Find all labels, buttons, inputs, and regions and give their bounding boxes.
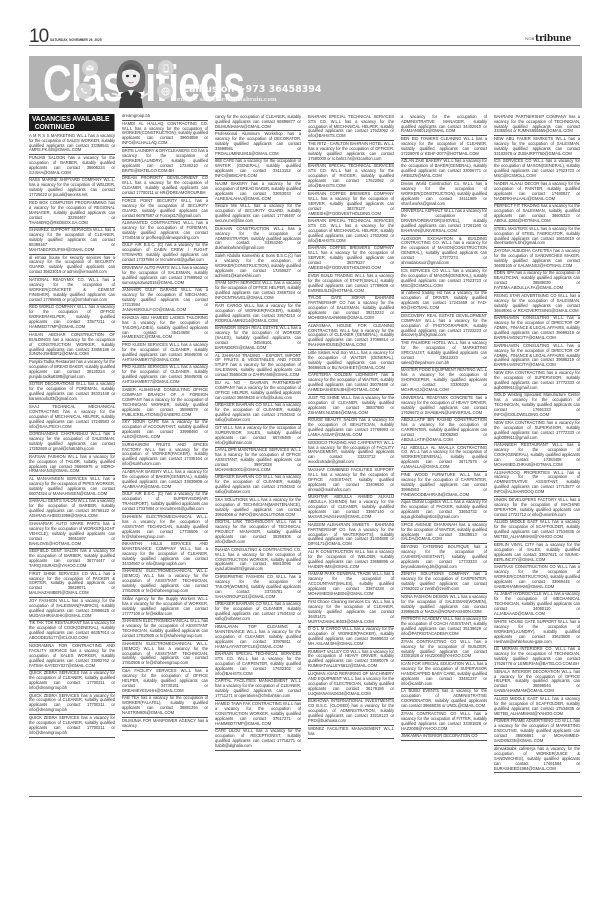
classified-ad: BARINDER SINGH REAL ESTATE W.L.L has a v… bbox=[215, 326, 301, 353]
classified-ad: SHAHEEN ELECTROMECHANICAL W.L.L. (SEMCO)… bbox=[122, 641, 208, 668]
classified-ad: cancy for the occupation of CLEANER, sui… bbox=[215, 114, 301, 131]
classified-ad: BUKHOWA INTERNATIONAL INVESTMENTS CO B.S… bbox=[308, 699, 394, 726]
classified-ad: a vacancy for the occupation of ADMINIST… bbox=[401, 114, 487, 136]
classified-ad: BARRHAVEN CONSULTING W.L.L has a vacancy… bbox=[494, 343, 580, 370]
classified-ad: al naheed trading est has a vacancy for … bbox=[401, 291, 487, 313]
classified-ad: PINE WOOD FURNITURE W.L.L has a vacancy … bbox=[401, 472, 487, 499]
classified-ad: RAFSAN FASHION W.L.L has a vacancy for t… bbox=[29, 454, 115, 476]
classified-ad: UNION DEVELOPERS FACTORY W.L.L has a vac… bbox=[494, 497, 580, 519]
classified-ad: HANANEEH RESTAURANT W.L.L has a vacancy … bbox=[494, 443, 580, 470]
classified-ad: JANAHER GULF GARAGE W.L.L has a vacancy … bbox=[122, 288, 208, 315]
classified-ad: BAHRAIN SPECIAL TECHNICAL SERVICES STS C… bbox=[215, 652, 301, 679]
classified-ad: WHITE HOUSE GATE SUPPORT W.L.L has a vac… bbox=[494, 619, 580, 646]
classified-ad: AZLAN ZAKI BAKERY W.L.L has a vacancy fo… bbox=[401, 159, 487, 181]
classified-ad: AL ZAHRANI TRADING - EXPORT, IMPORT OF F… bbox=[215, 353, 301, 380]
classified-ad: Professional Aluminum Workshop has a vac… bbox=[215, 131, 301, 158]
brand-name: tribune bbox=[535, 34, 571, 44]
ad-continuation: dreamgroup.bh bbox=[122, 114, 208, 121]
classified-ad: ALSHAROOQ PROPERTIES W.L.L has a vacancy… bbox=[494, 470, 580, 497]
ad-list: HAMDI AL HALLAQ CONTRACTING CO. W.L.L ha… bbox=[122, 121, 208, 731]
classified-ad: WOODCO TRADING AND CARPENTRY W.L.L has a… bbox=[308, 440, 394, 467]
column-4: BAHRAIN SPECIAL TECHNICAL SERVICES STS C… bbox=[308, 114, 394, 794]
mobile-icon bbox=[158, 60, 174, 76]
classified-ad: ALLIED MIDDLE EAST W.L.L has a vacancy f… bbox=[494, 696, 580, 718]
classified-ad: CAFETERIA GOLDEN LIGHNIGHT has a vacancy… bbox=[308, 373, 394, 395]
classified-ad: ICS SERVICES CO W.L.L has a vacancy for … bbox=[494, 159, 580, 181]
classified-ad: LAYAL DPE MAINTENANCE SERVICES W.L.L has… bbox=[215, 448, 301, 475]
classified-ad: ROUGE BEAUTY SALON has a vacancy for the… bbox=[308, 418, 394, 440]
classified-ad: SAMAALI GENTS SALON W.L.L has a vacancy … bbox=[29, 499, 115, 521]
classified-ad: DISCOVERY REAL ESTATE DEVELOPMENT COMPAN… bbox=[401, 313, 487, 340]
classified-ad: TIK TAK TOK RESTAURANT has a vacancy for… bbox=[29, 621, 115, 643]
classified-ad: First Choice Cleaning Services Co. W.L.L… bbox=[308, 599, 394, 626]
contact-phone: Call us on +973 36458394 bbox=[182, 84, 322, 95]
classified-ad: BARRHAVEN CONSULTING W.L.L has a vacancy… bbox=[494, 316, 580, 343]
classified-ad: BAHRAIN SPECIAL TECHNICAL SERVICES STS C… bbox=[308, 114, 394, 141]
classified-ad: BAHRAIN COFFEE BREWERS COMPANY W.L.L has… bbox=[308, 191, 394, 218]
classified-ad: TYLOS GATE SOFAR BAHRAINI PARTNERSHIP CO… bbox=[308, 296, 394, 323]
classified-ad: SOTER DECORATIONS W.L.L has a vacancy fo… bbox=[29, 382, 115, 404]
classified-ad: ALWASMAA HOUSE FOR CLEANING CONTRACTING … bbox=[308, 323, 394, 350]
classified-ad: FAB TEA has a vacancy for the occupation… bbox=[122, 696, 208, 718]
classified-ad: GOLD Welding Specialist Manufacture Cent… bbox=[494, 393, 580, 420]
classified-ad: Aqua Global Logistics W.L.L has a vacanc… bbox=[401, 500, 487, 522]
classified-ad: CAPITAL FACILITIES MANAGEMENT W.L.L has … bbox=[215, 679, 301, 701]
classified-ad: SABER ALSHEHAB CONSULTING OFFICE COMPANY… bbox=[122, 387, 208, 419]
classified-ad: SHAHEEN ELECTROMECHANICAL W.L.L. has a v… bbox=[122, 514, 208, 541]
classified-ad: HAMAM PARK GENERAL TRADE W.L.L has a vac… bbox=[308, 572, 394, 599]
classified-ad: PRO KLEEN SERVICES W.L.L has a vacancy f… bbox=[122, 365, 208, 387]
classified-ad: FIRST SHINE SERVICES CO W.L.L has a vaca… bbox=[29, 571, 115, 598]
classified-ad: RUMMAT VALLEY CO W.L.L has a vacancy for… bbox=[308, 649, 394, 671]
classified-ad: UNIVERSAL ASPHALT W.L.L has a vacancy fo… bbox=[401, 209, 487, 236]
brand-prefix: NOB bbox=[525, 36, 534, 41]
column-3: cancy for the occupation of CLEANER, sui… bbox=[215, 114, 301, 794]
classified-ad: HASAN ABGHAR CONSTRUCTION OF BUILDINGS h… bbox=[29, 332, 115, 359]
classified-ad: SKA SOLUTIONS W.L.L has a vacancy for th… bbox=[215, 497, 301, 519]
ad-list: A M R S S MARKETING W.L.L has a vacancy … bbox=[29, 133, 115, 738]
classified-ad: SURKHUROM FRUITS AND SPICES FACTORY W.L.… bbox=[122, 442, 208, 469]
classified-ad: THE RITZ - CARLTON BAHRAIN HOTEL W.L.L h… bbox=[308, 141, 394, 163]
classified-ad: ICS SERVICES CO W.L.L has a vacancy for … bbox=[401, 268, 487, 290]
classified-ad: ZIYAN CONTRACTING CO W.L.L has a vacancy… bbox=[401, 711, 487, 733]
classified-ad: INKANTAN HILLS SERVICES AND MAINTENANCE … bbox=[122, 541, 208, 568]
classified-ad: JUST TO SHINE W.L.L has a vacancy for th… bbox=[308, 395, 394, 417]
classified-ad: RAFI CARGO W.L.L has a vacancy for the o… bbox=[215, 303, 301, 325]
classified-ad: QUICK ZEBRA SERVICES has a vacancy for t… bbox=[29, 715, 115, 737]
classified-ad: SHAHEEN ELECTROMECHANICAL W.L.L. (SEMCO)… bbox=[122, 569, 208, 596]
classified-ad: PERFECT FIT TRADING has a vacancy for th… bbox=[494, 204, 580, 226]
column-1: VACANCIES AVAILABLE CONTINUED A M R S S … bbox=[29, 114, 115, 794]
section-heading-line2: CONTINUED bbox=[32, 123, 112, 131]
classified-ad: PATRIOTS ACADEMY W.L.L has a vacancy for… bbox=[401, 617, 487, 639]
classified-ad: BAHRAIN SPECIAL TECHNICAL SERVICES STS C… bbox=[308, 164, 394, 191]
classified-ad: HAMDI AL HALLAQ CONTRACTING CO. W.L.L ha… bbox=[122, 121, 208, 148]
bottom-rule bbox=[29, 796, 582, 797]
classified-ad: WIDNEZ FACILITIES MANAGEMENT W.L.L has bbox=[308, 726, 394, 739]
classified-ad: BRITE LAUNDRY & DRYCLEANERS CO has a vac… bbox=[122, 148, 208, 175]
classified-ad: URBASER BAHRAIN CO W.L.L has a vacancy f… bbox=[215, 602, 301, 624]
classified-ad: NATIONAL READYMIX CO. W.L.L has a vacanc… bbox=[29, 277, 115, 304]
classified-ad: DRIVEWAY AUTO PARTS W.L.L has a vacancy … bbox=[122, 265, 208, 287]
classified-ad: NONA FASHION DESIGN W.L.L has a vacancy … bbox=[401, 594, 487, 616]
classified-ad: CAFE LILOU W.L.L has a vacancy for the o… bbox=[215, 729, 301, 751]
classified-ad: A M R S S MARKETING W.L.L has a vacancy … bbox=[29, 133, 115, 155]
section-heading: VACANCIES AVAILABLE CONTINUED bbox=[29, 114, 115, 131]
classified-ad: NASEEM ALBAHRAIN SWEETS - BAHRAINI PARTN… bbox=[308, 522, 394, 549]
classified-ad: SYAM NATH SERVICES W.L.L has a vacancy f… bbox=[215, 281, 301, 303]
classified-ad: HAMED TAWA FAK CONTRACTING W.L.L has a v… bbox=[215, 701, 301, 728]
classified-ad: BEYOND CATERING BOUTIQUE has a vacancy f… bbox=[401, 544, 487, 571]
classified-ad: SHAHARIAR AUTO SPARE PARTS has a vacancy… bbox=[29, 521, 115, 548]
classified-ad: NEW ERA CONTRACTING has a vacancy for th… bbox=[494, 420, 580, 442]
phone-icon bbox=[76, 83, 92, 99]
classified-ad: ZAYONA ALBUDHA CAFETRIA has a vacancy fo… bbox=[494, 248, 580, 270]
classified-ad: Little Sisters And Son W.L.L has a vacan… bbox=[308, 350, 394, 372]
classified-ad: CHRISPMITHE FASHION CO W.L.L has a vacan… bbox=[215, 574, 301, 601]
classified-ad: GULF AIR B.S.C. (C) has a vacancy for th… bbox=[122, 492, 208, 514]
classified-ad: UNIVERSAL READYMIX CONCRETE has a vacanc… bbox=[401, 395, 487, 417]
brand-logo: NOBtribune bbox=[525, 34, 571, 44]
classified-ad: ALIMVANTED CONTRACTING W.L.L has a vacan… bbox=[122, 220, 208, 242]
classified-ad: Dream World Construction Co. W.L.L has a… bbox=[401, 181, 487, 208]
classified-ad: NOORAMINA FOR CONTRACTING AND FACILITY S… bbox=[29, 643, 115, 670]
classified-ad: POWER FRAME ADVERTISING CO W.L.L has a v… bbox=[494, 719, 580, 746]
classified-ad: Skillar Agency for the Supply Workers W.… bbox=[122, 596, 208, 618]
classified-ad: JOY FASHION W.L.L has a vacancy for the … bbox=[29, 598, 115, 620]
classified-ad: PRO KLEEN SERVICES W.L.L has a vacancy f… bbox=[122, 342, 208, 364]
contact-email: email : advt@newsofbahrain.com bbox=[177, 97, 277, 103]
classified-ad: RISING STAR ADVERTISING CO W.L.L has a v… bbox=[494, 293, 580, 315]
classified-ad: DREAM PROPERTY DEVELOPMENT CO W.L.L has … bbox=[122, 176, 208, 198]
page-header: 10 SATURDAY, NOVEMBER 29, 2025 bbox=[29, 26, 281, 46]
classified-ad: BAHRAINI PARTNERSHIP COMPANY has a vacan… bbox=[494, 114, 580, 136]
column-6: BAHRAINI PARTNERSHIP COMPANY has a vacan… bbox=[494, 114, 580, 794]
classified-ad: ZENITH SOLUTIONS COMPANY has a vacancy f… bbox=[401, 572, 487, 594]
classified-ad: EDEN SPA has a vacancy for the occupatio… bbox=[494, 271, 580, 293]
classified-ad: GIT W.L.L has a vacancy for the occupati… bbox=[215, 425, 301, 447]
classified-ad: ALABRAAR BAKERY W.L.L has a vacancy for … bbox=[122, 469, 208, 491]
classified-ad: SAAJ TECHNICAL MECHANICAL CONTRACTING ha… bbox=[29, 404, 115, 431]
classified-ad: ALOSOOR EXCAVATION & BUILDING CONTRACTIN… bbox=[401, 236, 487, 268]
classifieds-banner: Classifieds Call us on +973 36458394 ema… bbox=[29, 56, 582, 108]
classified-ad: MUKHTAR ABDULLA AHMED ALKALIJ ABDULLA (C… bbox=[308, 495, 394, 522]
classified-ad: JIMKAMNA INTERIOR DECORATION CO bbox=[401, 734, 487, 742]
ad-list: cancy for the occupation of CLEANER, sui… bbox=[215, 114, 301, 751]
classified-ad: NEW ERA CONTRACTING has a vacancy for th… bbox=[494, 370, 580, 392]
classified-ad: STEEL MASTERS W.L.L has a vacancy for th… bbox=[494, 226, 580, 248]
classifieds-columns: VACANCIES AVAILABLE CONTINUED A M R S S … bbox=[29, 114, 582, 894]
operator-avatar bbox=[109, 56, 153, 108]
classified-ad: NASS MARINE SHIPYARD COMPANY W.L.L. has … bbox=[29, 178, 115, 200]
classified-ad: Secure Me W.L.L has a vacancy for the oc… bbox=[215, 204, 301, 226]
classified-ad: SHAMREZ SUPPORT SERVICES W.L.L has a vac… bbox=[29, 228, 115, 255]
classified-ad: RED WORLD COMPANY W.L.L has a vacancy fo… bbox=[29, 305, 115, 332]
classified-ad: URBASER BAHRAIN CO W.L.L has a vacancy f… bbox=[215, 475, 301, 497]
classified-ad: SEEFIELD GENT SALON has a vacancy for th… bbox=[29, 549, 115, 571]
classified-ad: AL JABAT HYDROCYCLE W.L.L has a vacancy … bbox=[494, 592, 580, 619]
classified-ad: D O L M CARGO W.L.L has a vacancy for th… bbox=[308, 627, 394, 649]
classified-ad: NADER ALAALI DECOR has a vacancy for the… bbox=[494, 181, 580, 203]
classified-ad: BEN EID TOWERS CLEANING W.L.L has a vaca… bbox=[401, 136, 487, 158]
classified-ad: GORDHANDAS CHATRABHUJ W.L.L has a vacanc… bbox=[29, 432, 115, 454]
classified-ad: SHAHEEN ELECTROMECHANICAL W.L.L has a va… bbox=[122, 619, 208, 641]
classified-ad: LE MERIAN INTERIORS CO. W.L.L has a vaca… bbox=[494, 647, 580, 669]
globe-icon bbox=[157, 83, 173, 99]
classified-ad: KHADIJA ABU HAMEED LADIES TAILORING has … bbox=[122, 315, 208, 342]
classified-ad: ALI R CONSTRUCTION W.L.L has a vacancy f… bbox=[308, 549, 394, 571]
classified-ad: FORCE POINT SECURITY W.L.L has a vacancy… bbox=[122, 198, 208, 220]
classified-ad: almsaktaabk cafeterya has a vacancy for … bbox=[494, 746, 580, 773]
classified-ad: SAMTAAS CONSTRUCTION CO W.L.L has a vaca… bbox=[494, 564, 580, 591]
classified-ad: 668 CAFE has a vacancy for the occupatio… bbox=[215, 159, 301, 181]
classified-ad: EVER BUILD TRADING W.L.L has a vacancy f… bbox=[308, 273, 394, 295]
classified-ad: RED BOX COMPUTER PROGRAMMING has a vacan… bbox=[29, 200, 115, 227]
classified-ad: Saleh Abdulla Kameshki & Sons B.S.C.(c) … bbox=[215, 253, 301, 280]
column-5: a vacancy for the occupation of ADMINIST… bbox=[401, 114, 487, 794]
classified-ad: DILMUNIA FOR MANPOWER AGENCY has a vacan… bbox=[122, 718, 208, 731]
ad-list: BAHRAINI PARTNERSHIP COMPANY has a vacan… bbox=[494, 114, 580, 773]
classified-ad: al ermaa house for security services has… bbox=[29, 255, 115, 277]
classified-ad: URBASER BAHRAIN CO W.L.L has a vacancy f… bbox=[215, 403, 301, 425]
classified-ad: NEW ABU FAIJER MARKETS W.L.L has a vacan… bbox=[494, 136, 580, 158]
classified-ad: Punjabi Tadka Restaurant has a vacancy f… bbox=[29, 359, 115, 381]
classified-ad: BAHRAIN SPECIAL TECHNICAL SERVICES STS C… bbox=[308, 218, 394, 245]
classified-ad: ABDULLATIF BIN RASHID CONSTRUCTION has a… bbox=[401, 418, 487, 445]
classified-ad: THE PALMORE HOTEL W.L.L has a vacancy fo… bbox=[401, 340, 487, 367]
classified-ad: ALI ABDULLA AL MAALLA CONTRACTING CO. W.… bbox=[401, 445, 487, 472]
ad-list: a vacancy for the occupation of ADMINIST… bbox=[401, 114, 487, 741]
ad-list: BAHRAIN SPECIAL TECHNICAL SERVICES STS C… bbox=[308, 114, 394, 739]
classified-ad: LA BUBU EVENTS has a vacancy for the occ… bbox=[401, 689, 487, 711]
classified-ad: ZIYAN CONTRACTING CO W.L.L has a vacancy… bbox=[401, 639, 487, 661]
classified-ad: LUQMAN ASAD REPAIRING OF MACHINERY AND E… bbox=[308, 671, 394, 698]
classified-ad: C&A FACILITY SERVICES W.L.L has a vacanc… bbox=[122, 668, 208, 695]
classified-ad: DIGITAL LINK TECHNOLOGY W.L.L has a vaca… bbox=[215, 520, 301, 547]
classified-ad: BU AL NO - BAHRAIN PARTNERSHIP COMPANY h… bbox=[215, 380, 301, 402]
classified-ad: SPICE AVENUE GHARANAH has a vacancy for … bbox=[401, 522, 487, 544]
classified-ad: NAJIM BAKERY has a vacancy for the occup… bbox=[215, 181, 301, 203]
classified-ad: QUICK ZEBRA SERVICES has a vacancy for t… bbox=[29, 671, 115, 693]
classified-ad: SENALA INTERIOR DECORATION W.L.L has a v… bbox=[494, 669, 580, 696]
classified-ad: ICAN FOR SPECIAL EDUCATION W.L.L has a v… bbox=[401, 661, 487, 688]
classified-ad: AL MANAHIVEEN SERVICES W.L.L has a vacan… bbox=[29, 476, 115, 498]
column-2: dreamgroup.bh HAMDI AL HALLAQ CONTRACTIN… bbox=[122, 114, 208, 794]
publication-date: SATURDAY, NOVEMBER 29, 2025 bbox=[50, 38, 102, 42]
classified-ad: BAHRAIN COFFEE BREWERS COMPANY W.L.L has… bbox=[308, 246, 394, 273]
classified-ad: MASHAF COMBINED FACILITIES SUPPORT W.L.L… bbox=[308, 467, 394, 494]
classified-ad: GULF AIR B.S.C. (C) has a vacancy for th… bbox=[122, 243, 208, 265]
classified-ad: DUKHAN CONSTRUCTION W.L.L has a vacancy … bbox=[215, 226, 301, 253]
mail-icon bbox=[82, 60, 98, 76]
classified-ad: ALLIED MIDDLE EAST W.L.L has a vacancy f… bbox=[494, 520, 580, 542]
classified-ad: QUICK ZEBRA SERVICES has a vacancy for t… bbox=[29, 693, 115, 715]
classified-ad: PUNJAB SALOON has a vacancy for the occu… bbox=[29, 155, 115, 177]
classified-ad: SKY NOUR CAFE has a vacancy for the occu… bbox=[122, 420, 208, 442]
header-divider bbox=[29, 45, 580, 47]
classified-ad: MASTER FOOD EQUIPMENT RENTING W.L.L has … bbox=[401, 368, 487, 395]
classified-ad: HIMALAYAN TOP CLEANING & MAINTENANCE W.L… bbox=[215, 624, 301, 651]
classified-ad: BERLIN VINYL CITY has a vacancy for the … bbox=[494, 542, 580, 564]
classified-ad: INAHZA CONSULTING & CONTRACTING CO. W.L.… bbox=[215, 547, 301, 574]
